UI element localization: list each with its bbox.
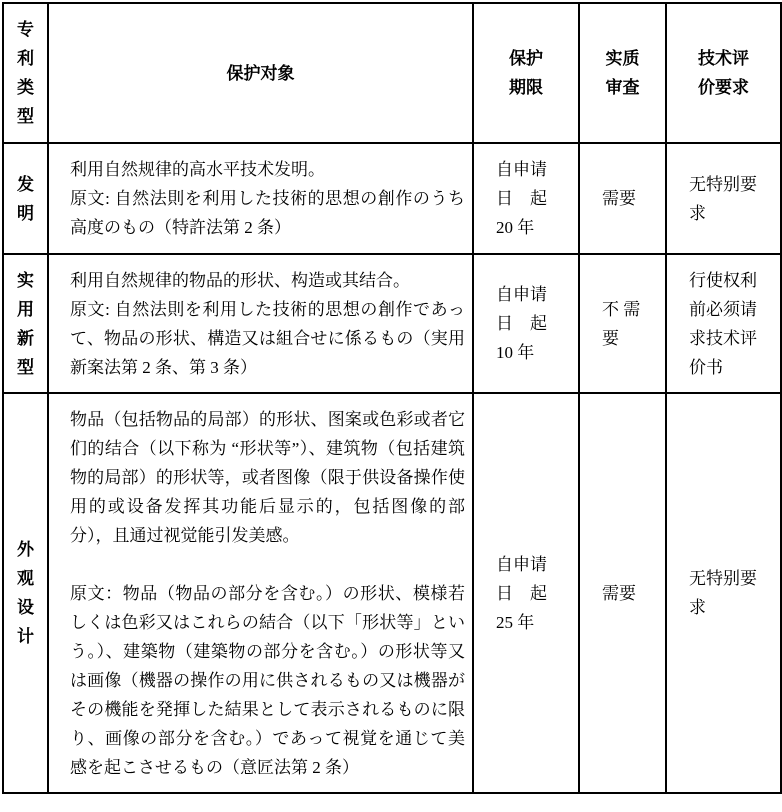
- substantive-exam-cell: 需要: [579, 393, 666, 793]
- header-substantive-examination: 实质 审查: [579, 3, 666, 143]
- protected-object-cell: 利用自然规律的高水平技术发明。 原文: 自然法則を利用した技術的思想の創作のうち…: [48, 143, 473, 254]
- protected-object-cell: 物品（包括物品的局部）的形状、图案或色彩或者它们的结合（以下称为 “形状等”）、…: [48, 393, 473, 793]
- patent-type-table: 专 利 类 型 保护对象 保护 期限 实质 审查 技术评 价要求 发 明 利用自…: [2, 2, 782, 794]
- protection-term-cell: 自申请 日 起 10 年: [473, 254, 579, 393]
- table-row-invention: 发 明 利用自然规律的高水平技术发明。 原文: 自然法則を利用した技術的思想の創…: [3, 143, 781, 254]
- tech-eval-cell: 无特别要 求: [666, 393, 781, 793]
- header-technical-evaluation: 技术评 价要求: [666, 3, 781, 143]
- patent-type-cell: 发 明: [3, 143, 48, 254]
- header-protected-object: 保护对象: [48, 3, 473, 143]
- header-protection-term: 保护 期限: [473, 3, 579, 143]
- protected-object-original: 原文: 自然法則を利用した技術的思想の創作のうち高度のもの（特許法第 2 条）: [70, 184, 465, 242]
- table-row-utility-model: 实 用 新 型 利用自然规律的物品的形状、构造或其结合。 原文: 自然法則を利用…: [3, 254, 781, 393]
- patent-type-cell: 外 观 设 计: [3, 393, 48, 793]
- protected-object-original: 原文: 自然法則を利用した技術的思想の創作であって、物品の形状、構造又は組合せに…: [70, 295, 465, 382]
- tech-eval-cell: 行使权利 前必须请 求技术评 价书: [666, 254, 781, 393]
- table-header-row: 专 利 类 型 保护对象 保护 期限 实质 审查 技术评 价要求: [3, 3, 781, 143]
- protected-object-chinese: 利用自然规律的物品的形状、构造或其结合。: [70, 266, 465, 295]
- document-page: 专 利 类 型 保护对象 保护 期限 实质 审查 技术评 价要求 发 明 利用自…: [0, 2, 782, 812]
- protected-object-original: 原文：物品（物品の部分を含む。）の形状、模様若しくは色彩又はこれらの結合（以下「…: [70, 579, 465, 782]
- protection-term-cell: 自申请 日 起 25 年: [473, 393, 579, 793]
- substantive-exam-cell: 需要: [579, 143, 666, 254]
- substantive-exam-cell: 不 需 要: [579, 254, 666, 393]
- header-patent-type: 专 利 类 型: [3, 3, 48, 143]
- table-row-design: 外 观 设 计 物品（包括物品的局部）的形状、图案或色彩或者它们的结合（以下称为…: [3, 393, 781, 793]
- protected-object-cell: 利用自然规律的物品的形状、构造或其结合。 原文: 自然法則を利用した技術的思想の…: [48, 254, 473, 393]
- patent-type-cell: 实 用 新 型: [3, 254, 48, 393]
- protected-object-chinese: 物品（包括物品的局部）的形状、图案或色彩或者它们的结合（以下称为 “形状等”）、…: [70, 405, 465, 550]
- protected-object-chinese: 利用自然规律的高水平技术发明。: [70, 155, 465, 184]
- tech-eval-cell: 无特别要 求: [666, 143, 781, 254]
- protection-term-cell: 自申请 日 起 20 年: [473, 143, 579, 254]
